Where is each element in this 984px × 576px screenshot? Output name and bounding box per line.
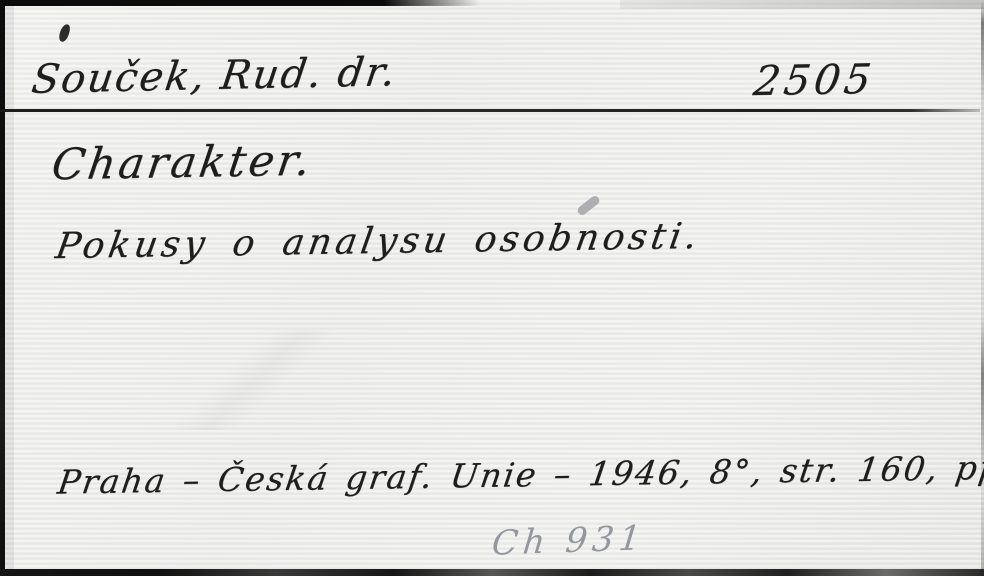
scan-edge-bottom: [0, 569, 984, 576]
scan-edge-left-shadow: [5, 0, 14, 576]
imprint-line: Praha – Česká graf. Unie – 1946, 8°, str…: [56, 450, 984, 498]
pencil-shelfmark: Ch 931: [490, 521, 647, 561]
heading-rule: [0, 109, 980, 112]
pencil-smudge-mark: [576, 194, 601, 216]
card-number: 2505: [751, 59, 877, 102]
subtitle-line: Pokusy o analysu osobnosti.: [53, 219, 703, 265]
title-line: Charakter.: [49, 140, 316, 188]
catalog-card: Souček, Rud. dr. 2505 Charakter. Pokusy …: [0, 0, 984, 576]
author-heading: Souček, Rud. dr.: [29, 52, 399, 100]
scan-edge-top: [0, 0, 480, 6]
ink-blot-mark: [58, 23, 72, 43]
scan-streak: [130, 330, 380, 430]
scan-edge-top-right: [620, 0, 984, 9]
